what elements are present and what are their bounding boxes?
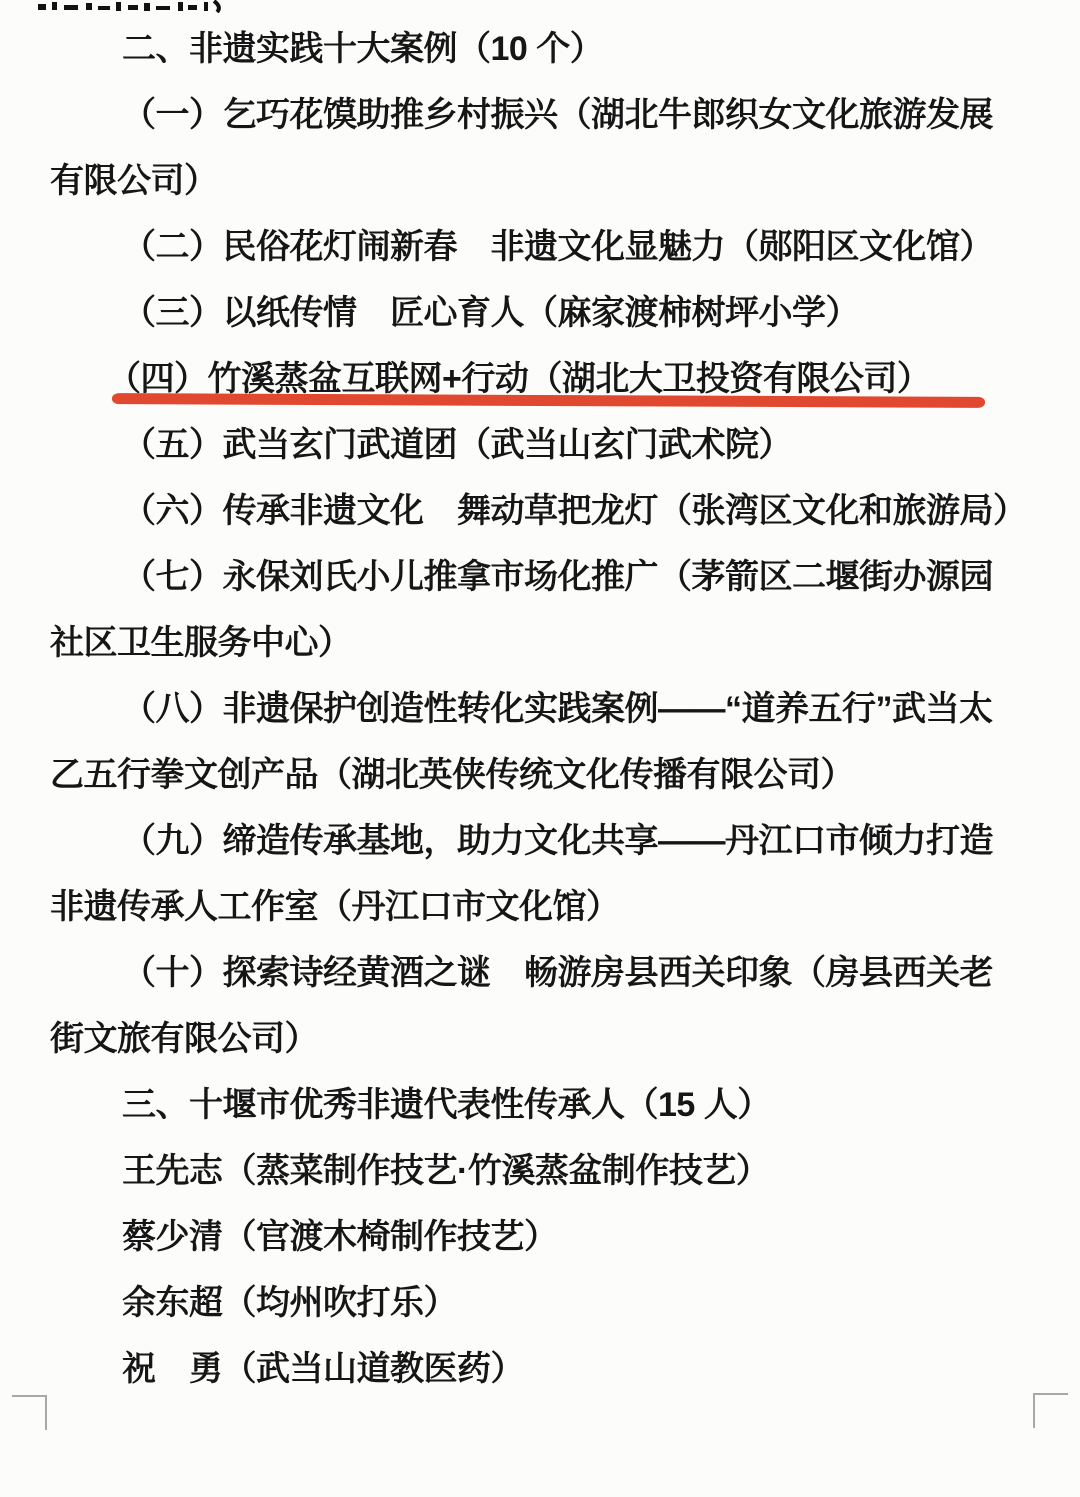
text-line: 余东超（均州吹打乐） [50, 1270, 1030, 1336]
text-line: 王先志（蒸菜制作技艺·竹溪蒸盆制作技艺） [50, 1138, 1030, 1204]
line-text: （六）传承非遗文化 舞动草把龙灯（张湾区文化和旅游局） [122, 492, 1027, 530]
text-line: 非遗传承人工作室（丹江口市文化馆） [50, 874, 1030, 940]
clipped-text-fragment-icon [38, 0, 238, 13]
text-line: 有限公司） [50, 148, 1030, 214]
text-line: （二）民俗花灯闹新春 非遗文化显魅力（郧阳区文化馆） [50, 214, 1030, 280]
text-line: （九）缔造传承基地，助力文化共享——丹江口市倾力打造 [50, 808, 1030, 874]
line-text: （十）探索诗经黄酒之谜 畅游房县西关印象（房县西关老 [122, 954, 993, 992]
line-text: 祝 勇（武当山道教医药） [122, 1350, 524, 1388]
line-text: （五）武当玄门武道团（武当山玄门武术院） [122, 426, 792, 464]
text-line: 社区卫生服务中心） [50, 610, 1030, 676]
text-line: （一）乞巧花馍助推乡村振兴（湖北牛郎织女文化旅游发展 [50, 82, 1030, 148]
line-text: 蔡少清（官渡木椅制作技艺） [122, 1218, 558, 1256]
line-text: 非遗传承人工作室（丹江口市文化馆） [50, 888, 620, 926]
line-text: （三）以纸传情 匠心育人（麻家渡柿树坪小学） [122, 294, 859, 332]
text-line: （十）探索诗经黄酒之谜 畅游房县西关印象（房县西关老 [50, 940, 1030, 1006]
line-text: （一）乞巧花馍助推乡村振兴（湖北牛郎织女文化旅游发展 [122, 96, 993, 134]
text-line: 蔡少清（官渡木椅制作技艺） [50, 1204, 1030, 1270]
line-text: 三、十堰市优秀非遗代表性传承人（15 人） [122, 1086, 771, 1124]
line-text: 社区卫生服务中心） [50, 624, 352, 662]
line-text: （七）永保刘氏小儿推拿市场化推广（茅箭区二堰街办源园 [122, 558, 993, 596]
section-heading: 三、十堰市优秀非遗代表性传承人（15 人） [50, 1072, 1030, 1138]
line-text: 有限公司） [50, 162, 218, 200]
section-heading: 二、非遗实践十大案例（10 个） [50, 16, 1030, 82]
line-text: 王先志（蒸菜制作技艺·竹溪蒸盆制作技艺） [122, 1152, 769, 1190]
line-text: （八）非遗保护创造性转化实践案例——“道养五行”武当太 [122, 690, 993, 728]
text-line: 乙五行拳文创产品（湖北英侠传统文化传播有限公司） [50, 742, 1030, 808]
text-line: （七）永保刘氏小儿推拿市场化推广（茅箭区二堰街办源园 [50, 544, 1030, 610]
line-text: （二）民俗花灯闹新春 非遗文化显魅力（郧阳区文化馆） [122, 228, 993, 266]
line-text: （九）缔造传承基地，助力文化共享——丹江口市倾力打造 [122, 822, 993, 860]
page-corner-mark-right [1033, 1393, 1068, 1428]
line-text: 余东超（均州吹打乐） [122, 1284, 457, 1322]
text-flow: 二、非遗实践十大案例（10 个）（一）乞巧花馍助推乡村振兴（湖北牛郎织女文化旅游… [50, 16, 1030, 1402]
line-text: 乙五行拳文创产品（湖北英侠传统文化传播有限公司） [50, 756, 854, 794]
document-page: 二、非遗实践十大案例（10 个）（一）乞巧花馍助推乡村振兴（湖北牛郎织女文化旅游… [0, 0, 1080, 1497]
text-line: （五）武当玄门武道团（武当山玄门武术院） [50, 412, 1030, 478]
page-corner-mark-left [12, 1395, 47, 1430]
line-text: 二、非遗实践十大案例（10 个） [122, 30, 603, 68]
text-line: （八）非遗保护创造性转化实践案例——“道养五行”武当太 [50, 676, 1030, 742]
text-line: 街文旅有限公司） [50, 1006, 1030, 1072]
text-line: （四）竹溪蒸盆互联网+行动（湖北大卫投资有限公司） [50, 346, 1030, 412]
line-text: （四）竹溪蒸盆互联网+行动（湖北大卫投资有限公司） [107, 360, 930, 398]
text-line: （六）传承非遗文化 舞动草把龙灯（张湾区文化和旅游局） [50, 478, 1030, 544]
line-text: 街文旅有限公司） [50, 1020, 318, 1058]
text-line: （三）以纸传情 匠心育人（麻家渡柿树坪小学） [50, 280, 1030, 346]
text-line: 祝 勇（武当山道教医药） [50, 1336, 1030, 1402]
